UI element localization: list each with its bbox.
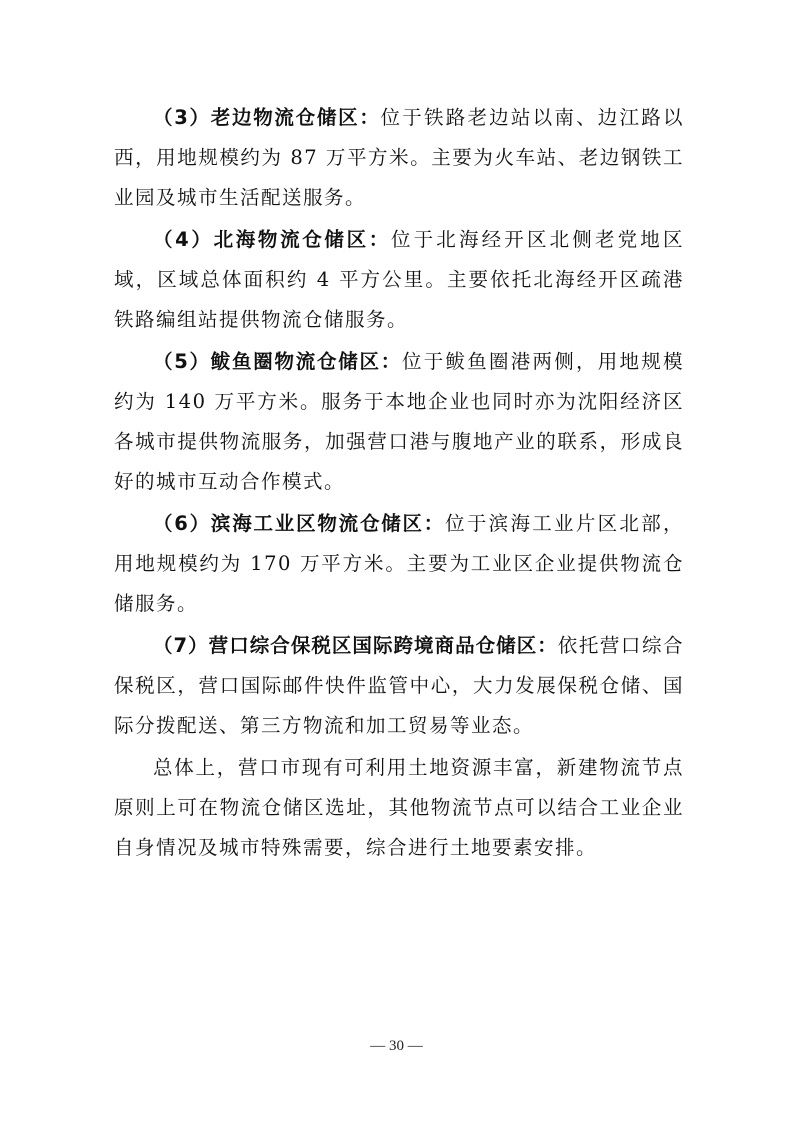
paragraph-binhai: （6）滨海工业区物流仓储区：位于滨海工业片区北部，用地规模约为 170 万平方米… (114, 504, 684, 624)
paragraph-laobian: （3）老边物流仓储区：位于铁路老边站以南、边江路以西，用地规模约为 87 万平方… (114, 98, 684, 218)
document-page: （3）老边物流仓储区：位于铁路老边站以南、边江路以西，用地规模约为 87 万平方… (114, 98, 684, 868)
paragraph-beihai: （4）北海物流仓储区：位于北海经开区北侧老党地区域，区域总体面积约 4 平方公里… (114, 220, 684, 340)
paragraph-heading: （3）老边物流仓储区： (153, 106, 381, 129)
paragraph-heading: （7）营口综合保税区国际跨境商品仓储区： (153, 634, 558, 657)
paragraph-heading: （6）滨海工业区物流仓储区： (153, 512, 445, 535)
paragraph-summary: 总体上，营口市现有可利用土地资源丰富，新建物流节点原则上可在物流仓储区选址，其他… (114, 748, 684, 868)
page-number: — 30 — (0, 1038, 793, 1055)
paragraph-bonded-zone: （7）营口综合保税区国际跨境商品仓储区：依托营口综合保税区，营口国际邮件快件监管… (114, 626, 684, 746)
paragraph-heading: （4）北海物流仓储区： (153, 228, 391, 251)
paragraph-heading: （5）鲅鱼圈物流仓储区： (153, 350, 402, 373)
paragraph-bayuquan: （5）鲅鱼圈物流仓储区：位于鲅鱼圈港两侧，用地规模约为 140 万平方米。服务于… (114, 342, 684, 502)
paragraph-body: 总体上，营口市现有可利用土地资源丰富，新建物流节点原则上可在物流仓储区选址，其他… (114, 756, 684, 859)
